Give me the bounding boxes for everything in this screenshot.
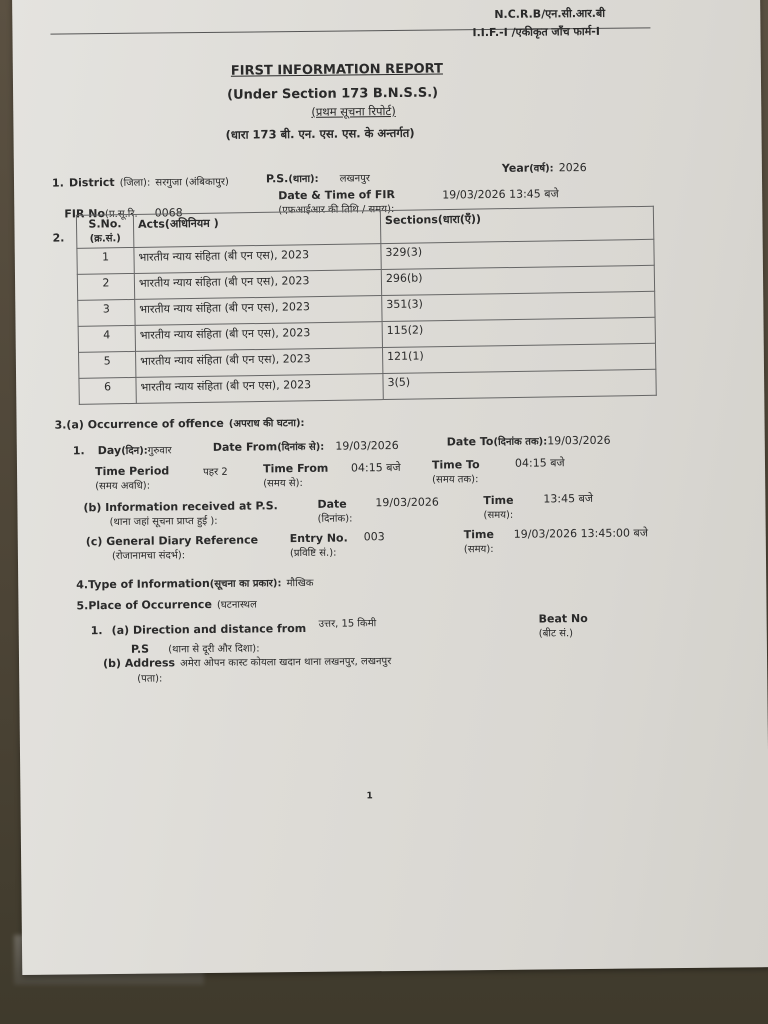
acts-header: Acts(अधिनियम )	[133, 211, 380, 248]
police-station-value: लखनपुर	[340, 173, 370, 184]
date-to-field: Date To(दिनांक तक):19/03/2026	[447, 429, 611, 450]
beat-no-label: Beat No (बीट सं.)	[539, 612, 588, 640]
type-of-information: 4.Type of Information(सूचना का प्रकार): …	[76, 571, 314, 592]
info-received-label: (b) Information received at P.S. (थाना ज…	[83, 499, 278, 528]
time-from-label: Time From (समय से):	[263, 462, 329, 490]
sno-cell: 4	[78, 325, 135, 352]
sno-cell: 1	[77, 247, 134, 274]
page-number: 1	[366, 791, 372, 801]
year-field: Year(वर्ष): 2026	[502, 156, 587, 176]
general-diary-label: (c) General Diary Reference (रोजानामचा स…	[86, 533, 259, 562]
section-2-number: 2.	[53, 231, 65, 244]
document-subtitle-hindi: (धारा 173 बी. एन. एस. एस. के अन्तर्गत)	[225, 126, 414, 143]
time-to-value: 04:15 बजे	[515, 455, 565, 471]
sno-cell: 6	[79, 377, 136, 404]
direction-distance-value: उत्तर, 15 किमी	[319, 615, 377, 630]
fir-document-page: N.C.R.B/एन.सी.आर.बी I.I.F.-I /एकीकृत जाँ…	[12, 0, 768, 975]
time-period-label: Time Period (समय अवधि):	[95, 464, 169, 492]
gd-time-label: Time (समय):	[464, 528, 494, 555]
address-value: अमेरा ओपन कास्ट कोयला खदान थाना लखनपुर, …	[180, 656, 391, 669]
police-station-field: P.S.(थाना): लखनपुर	[266, 166, 370, 186]
district-value: सरगुजा (अंबिकापुर)	[155, 177, 229, 189]
document-subtitle: (Under Section 173 B.N.S.S.)	[227, 86, 438, 103]
document-title: FIRST INFORMATION REPORT	[231, 61, 443, 78]
info-received-time-value: 13:45 बजे	[543, 491, 593, 507]
day-field: 1. Day(दिन):गुरुवार	[73, 438, 172, 458]
info-received-date-value: 19/03/2026	[375, 496, 439, 510]
act-cell: भारतीय न्याय संहिता (बी एन एस), 2023	[136, 348, 383, 378]
sno-cell: 3	[78, 299, 135, 326]
date-from-value: 19/03/2026	[335, 439, 399, 453]
act-cell: भारतीय न्याय संहिता (बी एन एस), 2023	[135, 296, 382, 326]
sno-cell: 5	[79, 351, 136, 378]
type-of-information-value: मौखिक	[286, 578, 313, 589]
date-to-value: 19/03/2026	[547, 434, 611, 448]
sections-header: Sections(धारा(एँ))	[380, 206, 653, 243]
date-from-field: Date From(दिनांक से): 19/03/2026	[213, 434, 399, 455]
sno-header: S.No. (क्र.सं.)	[76, 214, 134, 248]
section-cell: 3(5)	[383, 369, 656, 399]
day-value: गुरुवार	[148, 445, 172, 456]
time-from-value: 04:15 बजे	[351, 460, 401, 476]
sno-cell: 2	[77, 273, 134, 300]
place-of-occurrence-heading: 5.Place of Occurrence (घटनास्थल	[76, 592, 257, 613]
acts-sections-table: S.No. (क्र.सं.) Acts(अधिनियम ) Sections(…	[76, 206, 657, 405]
info-received-time-label: Time (समय):	[483, 494, 513, 521]
info-received-date-label: Date (दिनांक):	[317, 497, 352, 524]
time-to-label: Time To (समय तक):	[432, 458, 480, 485]
act-cell: भारतीय न्याय संहिता (बी एन एस), 2023	[134, 244, 381, 274]
year-value: 2026	[559, 161, 587, 174]
form-name-header: I.I.F.-I /एकीकृत जाँच फार्म-I	[472, 24, 600, 40]
entry-no-label: Entry No. (प्रविष्टि सं.):	[290, 532, 348, 560]
act-cell: भारतीय न्याय संहिता (बी एन एस), 2023	[136, 374, 383, 404]
address-field: (b) Address अमेरा ओपन कास्ट कोयला खदान थ…	[103, 649, 392, 685]
occurrence-heading: 3.(a) Occurrence of offence (अपराध की घट…	[54, 411, 304, 433]
document-title-hindi: (प्रथम सूचना रिपोर्ट)	[311, 104, 396, 120]
act-cell: भारतीय न्याय संहिता (बी एन एस), 2023	[135, 322, 382, 352]
fir-datetime-value: 19/03/2026 13:45 बजे	[442, 186, 559, 202]
gd-time-value: 19/03/2026 13:45:00 बजे	[514, 525, 648, 541]
act-cell: भारतीय न्याय संहिता (बी एन एस), 2023	[134, 270, 381, 300]
ncrb-header: N.C.R.B/एन.सी.आर.बी	[494, 6, 605, 22]
entry-no-value: 003	[364, 530, 385, 543]
time-period-value: पहर 2	[203, 464, 228, 478]
district-row: 1. District (जिला): सरगुजा (अंबिकापुर)	[52, 170, 229, 191]
